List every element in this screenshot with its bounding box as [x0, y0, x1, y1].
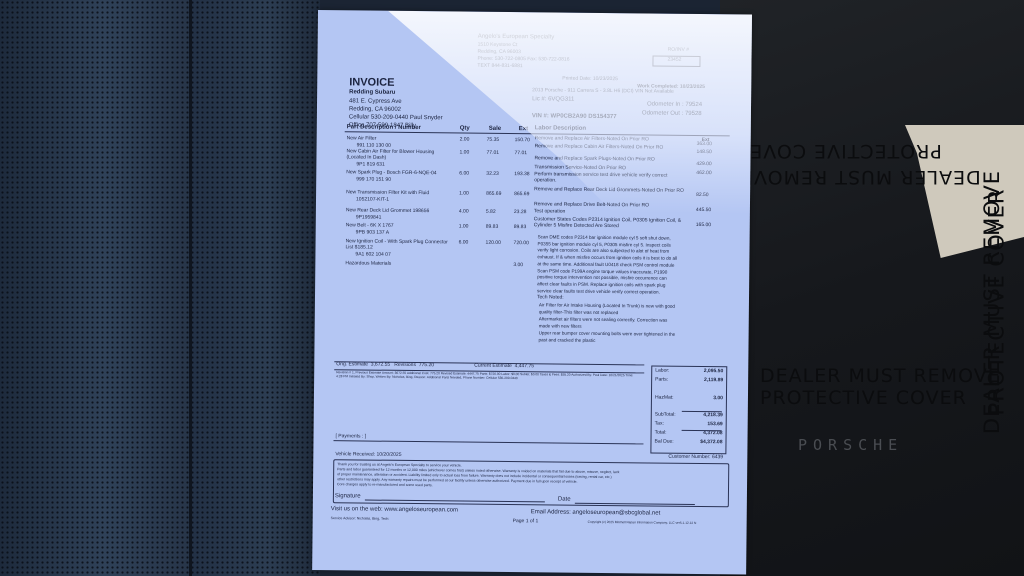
total-label: Total:: [655, 431, 667, 437]
labor-ext: 165.00: [696, 223, 711, 229]
labor-table: Remove and Replace Air Filters-Noted On …: [318, 10, 752, 15]
orig-estimate-label: Orig. Estimate: [336, 361, 368, 367]
labor-ext: 82.50: [696, 193, 709, 199]
cover-text: DEALER MUST REMOVE: [760, 365, 1001, 387]
total-label: SubTotal:: [655, 413, 676, 419]
copyright: Copyright (c) 2025 Mitchell Repair Infor…: [588, 521, 697, 526]
odometer-out: Odometer Out : 79528: [642, 110, 702, 118]
labor-line: Customer States Codes P2314 Ignition Coi…: [534, 217, 684, 230]
parts-header-sale: Sale: [489, 126, 501, 133]
customer-cellular: Cellular 530-209-0440 Paul Snyder: [349, 114, 443, 122]
revisions-value: 775.20: [419, 362, 434, 368]
total-label: HazMat:: [655, 396, 674, 402]
labor-ext: 462.00: [696, 171, 711, 177]
ro-number: 23452: [667, 58, 681, 64]
cover-text: PROTECTIVE COVER: [760, 387, 967, 409]
part-qty: 1.00: [459, 150, 469, 156]
tech-note-line: Air Filter for Air Intake Housing (Locat…: [539, 302, 675, 309]
labor-ext: 429.00: [696, 162, 711, 168]
cover-text: PROTECTIVE COVER: [735, 140, 942, 162]
part-ext: 193.38: [514, 172, 529, 178]
part-description: New Ignition Coil - With Spark Plug Conn…: [345, 239, 450, 252]
current-estimate-label: Current Estimate: [474, 363, 512, 369]
part-ext: 77.01: [514, 151, 527, 157]
parts-header-qty: Qty: [460, 125, 470, 132]
labor-ext: 445.50: [696, 208, 711, 214]
tech-note-line: past and cracked the plastic: [539, 337, 596, 343]
tech-notes: Air Filter for Air Intake Housing (Locat…: [318, 10, 752, 15]
leather-seat-left: [0, 0, 190, 576]
part-sale: 120.00: [486, 241, 501, 247]
vehicle-vin: VIN #: WP0CB2A90 DS154377: [532, 113, 617, 121]
total-value: $4,372.08: [700, 440, 722, 446]
part-description: Hazardous Materials: [345, 261, 450, 268]
invoice-document: Angelo's European Specialty 1510 Keyston…: [312, 10, 752, 575]
signature-label: Signature: [335, 493, 361, 500]
part-sale: 89.83: [486, 225, 499, 231]
part-number: 999 170 151 90: [356, 177, 391, 183]
parts-header-ext: Ext: [519, 126, 528, 133]
shop-text: TEXT 844-831-6881: [477, 64, 522, 70]
part-description: New Cabin Air Filter for Blower Housing …: [346, 149, 451, 162]
customer-city: Redding, CA 96002: [349, 106, 401, 113]
tech-note-line: made with new filters: [539, 323, 582, 329]
cover-text: DEALER MUST REMOVE: [740, 166, 981, 188]
part-qty: 4.00: [459, 209, 469, 215]
invoice-title: INVOICE: [349, 76, 394, 89]
vehicle-received: Vehicle Received: 10/20/2025: [335, 452, 401, 458]
part-number: 9P1959841: [356, 215, 382, 221]
revisions-label: Revisions: [394, 362, 416, 368]
tech-notes-label: Tech Noted:: [537, 295, 564, 301]
tech-note-line: Upper rear bumper cover mounting bolts w…: [539, 330, 676, 337]
part-number: 9P1 819 631: [356, 162, 384, 168]
tech-note-line: Aftermarket air filters were not sealing…: [539, 316, 668, 323]
part-ext: 720.00: [514, 241, 529, 247]
labor-ext: 148.50: [696, 150, 711, 156]
parts-header-desc: Part Description / Number: [347, 124, 421, 132]
ro-box: 23452: [652, 56, 700, 68]
diagnosis-line: Scan DME codes P2314 bar ignition module…: [538, 234, 671, 241]
page-number: Page 1 of 1: [513, 519, 539, 525]
part-sale: 77.01: [486, 151, 499, 157]
cover-text: PROTECTIVE COVER: [984, 189, 1008, 416]
total-label: Bal Due:: [654, 440, 673, 446]
labor-line: Remove and Replace Cabin Air Filters-Not…: [535, 144, 685, 151]
diagnosis-line: at the same time. Additional fault U0418…: [537, 261, 674, 268]
part-number: 9A1 602 104 07: [355, 252, 390, 258]
printed-date: Printed Date: 10/23/2025: [562, 77, 618, 83]
customer-number: Customer Number: 6439: [668, 455, 723, 461]
diagnosis-line: positive torque intervention not possibl…: [537, 274, 667, 281]
website: Visit us on the web: www.angeloseuropean…: [331, 506, 458, 514]
diagnosis-line: affect clear faults in PSM. Replace igni…: [537, 281, 665, 288]
protective-cover: [720, 0, 1024, 576]
email: Email Address: angeloseuropean@sbcglobal…: [531, 509, 661, 517]
shop-name: Angelo's European Specialty: [478, 34, 555, 42]
part-qty: 1.00: [459, 224, 469, 230]
orig-estimate-value: 3,672.55: [371, 362, 391, 368]
odometer-in: Odometer In : 79524: [647, 101, 702, 108]
part-qty: 6.00: [459, 240, 469, 246]
total-value: 4,372.08: [703, 431, 723, 437]
part-sale: 5.82: [486, 210, 496, 216]
terms-line: Core charges apply to re-manufactured an…: [337, 482, 433, 487]
diagnosis-line: P0355 bar ignition module cyl 5, P0305 m…: [538, 241, 671, 248]
total-value: 4,218.39: [703, 413, 723, 419]
totals-rule: [682, 430, 722, 431]
orig-estimate: Orig. Estimate 3,672.55: [336, 362, 390, 368]
service-advisor: Service Advisor: Nicholas, Bing, Tech:: [331, 516, 390, 521]
diagnosis-line: Scan PSM code P199A engine torque values…: [537, 268, 667, 275]
part-sale: 75.35: [487, 138, 500, 144]
total-value: 3.00: [713, 396, 723, 402]
diagnosis-line: service clear faults test drive vehicle …: [537, 288, 660, 295]
part-ext: 23.28: [514, 210, 527, 216]
total-label: Tax:: [655, 422, 664, 428]
part-sale: 32.23: [486, 172, 499, 178]
part-ext: 150.70: [515, 138, 530, 144]
total-value: 2,119.89: [704, 378, 723, 384]
seat-seam: [189, 0, 192, 576]
terms-text: Thank you for trusting us at Angelo's Eu…: [334, 460, 728, 464]
part-ext: 3.00: [513, 263, 523, 269]
vehicle-description: 2013 Porsche - 911 Carrera S - 3.8L H6 (…: [532, 88, 674, 95]
tech-note-line: quality filter-This filter was not repla…: [539, 309, 618, 315]
diagnosis-notes: Scan DME codes P2314 bar ignition module…: [318, 10, 752, 15]
totals-rule: [682, 411, 722, 412]
ro-label: RO/INV #: [668, 48, 689, 54]
diagnosis-line: exhaust. If & when misfire occurs from i…: [537, 254, 677, 261]
revision-note: Revision # 1, Previous Estimate Amount: …: [336, 371, 636, 381]
labor-header: Labor Description: [535, 125, 586, 132]
part-qty: 6.00: [459, 171, 469, 177]
part-qty: 2.00: [460, 137, 470, 143]
part-ext: 89.83: [514, 225, 527, 231]
labor-line: Remove and Replace Air Filters-Noted On …: [535, 136, 685, 143]
total-value: 2,095.50: [704, 369, 724, 375]
labor-line: Test operation: [534, 209, 684, 216]
current-estimate-value: 4,447.75: [515, 363, 535, 369]
part-ext: 865.69: [514, 192, 529, 198]
total-label: Labor:: [655, 369, 669, 375]
total-label: Parts:: [655, 378, 668, 384]
current-estimate: Current Estimate 4,447.75: [474, 364, 534, 370]
brand-emboss: PORSCHE: [798, 436, 903, 454]
part-sale: 865.69: [486, 192, 501, 198]
revisions: Revisions 775.20: [394, 363, 434, 369]
total-value: 153.69: [707, 422, 722, 428]
date-label: Date: [558, 497, 571, 504]
labor-line: Remove and Replace Rear Deck Lid Grommet…: [534, 187, 684, 194]
customer-name: Redding Subaru: [349, 89, 395, 96]
part-number: 9PB 903 137 A: [356, 230, 389, 236]
parts-table: New Air Filter991 110 130 002.0075.35150…: [318, 10, 752, 15]
part-qty: 1.00: [459, 191, 469, 197]
customer-street: 481 E. Cypress Ave: [349, 98, 402, 105]
labor-line: Remove and Replace Spark Plugs-Noted On …: [534, 156, 684, 163]
payments-rule: [333, 440, 643, 444]
vehicle-license: Lic #: 6VQG311: [532, 96, 574, 103]
labor-ext: 363.00: [697, 142, 712, 148]
totals-box: Labor:2,095.50Parts:2,119.89HazMat:3.00S…: [650, 366, 727, 455]
labor-line: Perform transmission service test drive …: [534, 172, 684, 185]
part-number: 1052107-KIT-1: [356, 197, 389, 203]
leather-seat-bolster: [190, 0, 320, 576]
diagnosis-line: verify light corrosion. Coils are also s…: [537, 248, 669, 255]
